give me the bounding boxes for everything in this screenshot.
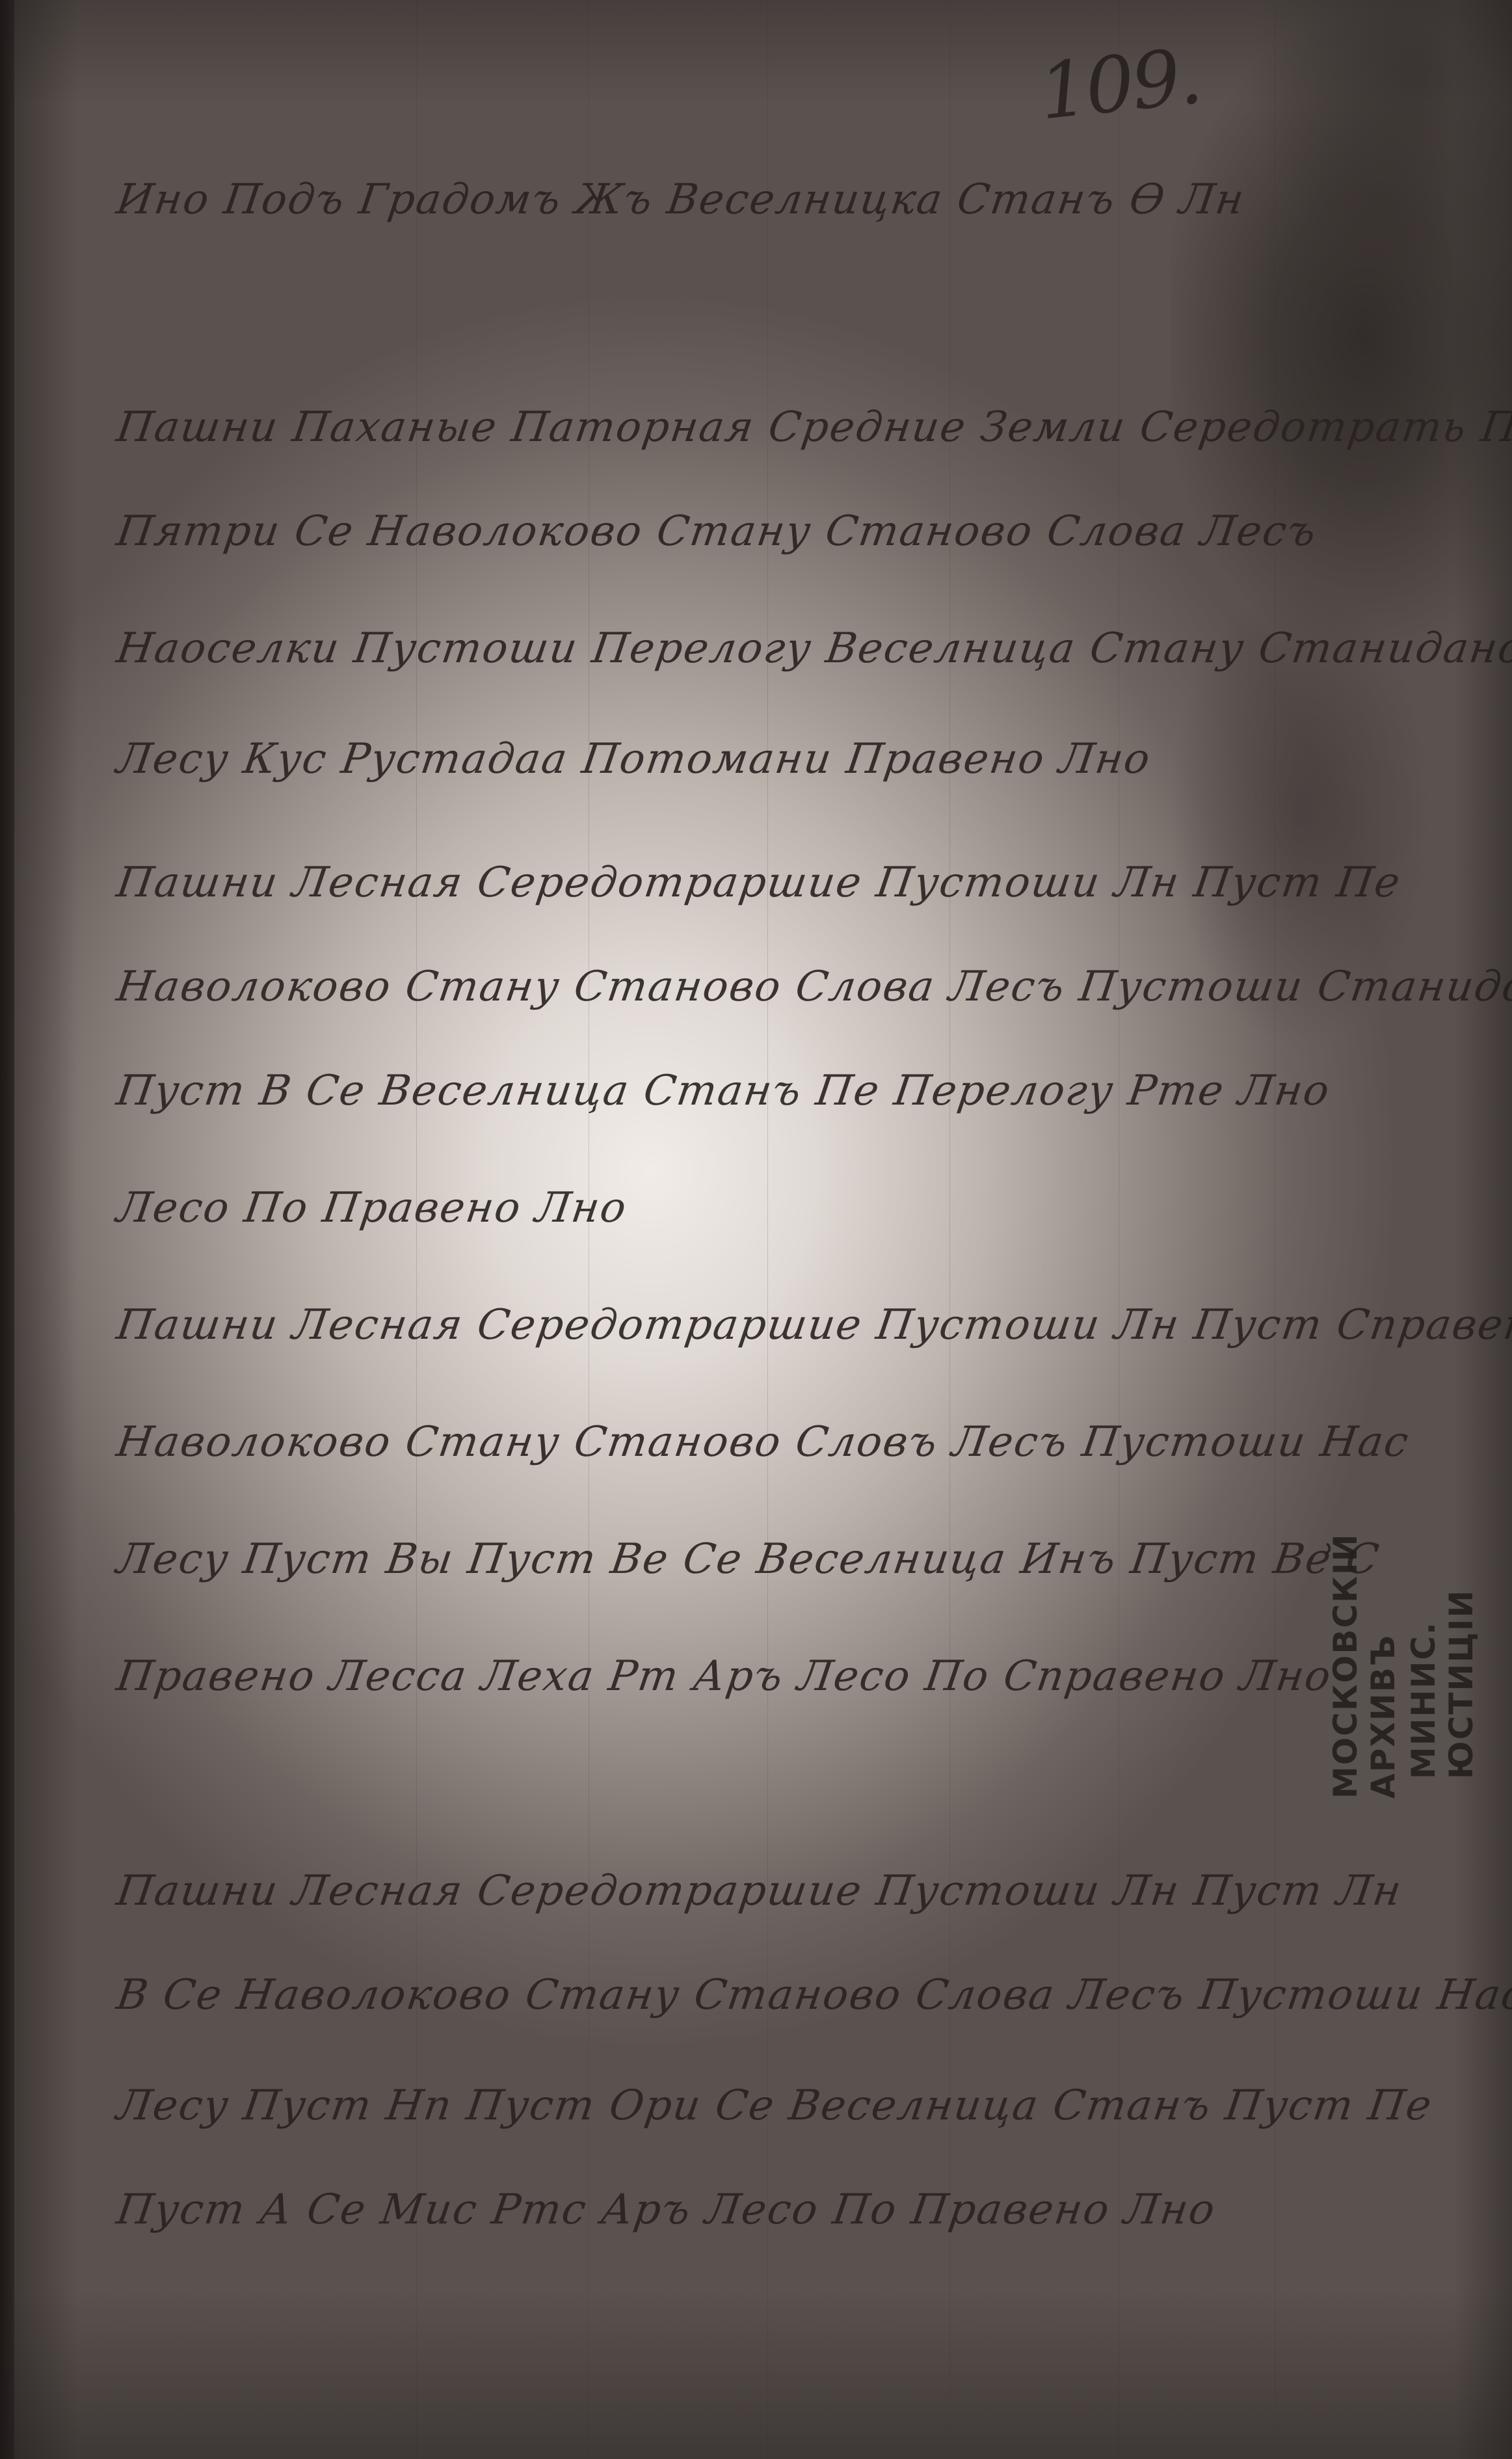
text-line: Наоселки Пустоши Перелогу Веселница Стан… — [114, 625, 1512, 673]
text-line: В Се Наволоково Стану Станово Слова Лесъ… — [114, 1971, 1512, 2019]
text-line: Пуст В Се Веселница Станъ Пе Перелогу Рт… — [114, 1067, 1333, 1115]
text-line: Лесу Пуст Нп Пуст Ори Се Веселница Станъ… — [114, 2082, 1436, 2130]
text-line: Наволоково Стану Станово Слова Лесъ Пуст… — [114, 963, 1512, 1011]
text-line: Ино Подъ Градомъ Жъ Веселницка Станъ Ѳ Л… — [114, 176, 1248, 224]
text-line: Пашни Лесная Середотраршие Пустоши Лн Пу… — [114, 859, 1404, 907]
archive-stamp: МОСКОВСКІЙ АРХИВЪ МИНИС. ЮСТИЦІИ — [1327, 1493, 1470, 1799]
stamp-ministry-name: МИНИС. ЮСТИЦІИ — [1405, 1506, 1480, 1779]
text-line: Лесу Пуст Вы Пуст Ве Се Веселница Инъ Пу… — [114, 1535, 1383, 1583]
text-line: Пашни Лесная Середотраршие Пустоши Лн Пу… — [114, 1867, 1405, 1915]
stamp-archive-name: МОСКОВСКІЙ АРХИВЪ — [1327, 1493, 1402, 1799]
binding-edge — [0, 0, 14, 2459]
text-line: Лесу Кус Рустадаа Потомани Правено Лно — [114, 735, 1154, 783]
text-line: Наволоково Стану Станово Словъ Лесъ Пуст… — [114, 1418, 1413, 1466]
manuscript-page: 109. Ино Подъ Градомъ Жъ Веселницка Стан… — [0, 0, 1512, 2459]
text-line: Пашни Паханые Паторная Средние Земли Сер… — [114, 403, 1512, 451]
text-line: Правено Лесса Леха Рт Аръ Лесо По Справе… — [114, 1652, 1335, 1700]
text-line: Пуст А Се Мис Ртс Аръ Лесо По Правено Лн… — [114, 2186, 1219, 2234]
folio-number: 109. — [1035, 31, 1204, 137]
text-line: Пашни Лесная Середотраршие Пустоши Лн Пу… — [114, 1301, 1512, 1349]
text-line: Лесо По Правено Лно — [114, 1184, 630, 1232]
text-line: Пятри Се Наволоково Стану Станово Слова … — [114, 507, 1320, 556]
